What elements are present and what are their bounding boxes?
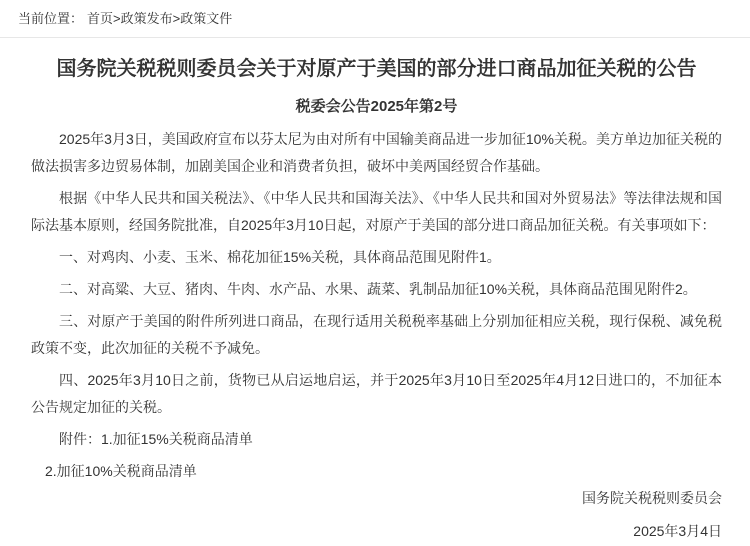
attachment-item-1: 1.加征15%关税商品清单 [101,431,253,447]
paragraph-legal-basis: 根据《中华人民共和国关税法》、《中华人民共和国海关法》、《中华人民共和国对外贸易… [31,185,722,239]
document-number: 税委会公告2025年第2号 [31,96,722,117]
breadcrumb-separator: > [113,11,121,26]
breadcrumb-item-policy-documents: 政策文件 [180,11,232,26]
document-title: 国务院关税税则委员会关于对原产于美国的部分进口商品加征关税的公告 [31,55,722,83]
attachments-label: 附件： [59,431,101,447]
paragraph-item-3: 三、对原产于美国的附件所列进口商品，在现行适用关税税率基础上分别加征相应关税，现… [31,308,722,362]
issue-date: 2025年3月4日 [31,518,722,545]
paragraph-intro: 2025年3月3日，美国政府宣布以芬太尼为由对所有中国输美商品进一步加征10%关… [31,126,722,180]
breadcrumb-item-home[interactable]: 首页 [87,11,113,26]
attachment-item-2: 2.加征10%关税商品清单 [31,458,722,485]
issuer-signature: 国务院关税税则委员会 [31,485,722,512]
document-content: 国务院关税税则委员会关于对原产于美国的部分进口商品加征关税的公告 税委会公告20… [0,55,750,545]
paragraph-item-2: 二、对高粱、大豆、猪肉、牛肉、水产品、水果、蔬菜、乳制品加征10%关税，具体商品… [31,276,722,303]
paragraph-item-1: 一、对鸡肉、小麦、玉米、棉花加征15%关税，具体商品范围见附件1。 [31,244,722,271]
breadcrumb-item-policy-release[interactable]: 政策发布 [121,11,173,26]
policy-document-page: 当前位置：首页>政策发布>政策文件 国务院关税税则委员会关于对原产于美国的部分进… [0,0,750,546]
attachments-line-1: 附件：1.加征15%关税商品清单 [31,426,722,453]
paragraph-item-4: 四、2025年3月10日之前，货物已从启运地启运，并于2025年3月10日至20… [31,367,722,421]
breadcrumb-label: 当前位置： [18,11,83,26]
breadcrumb: 当前位置：首页>政策发布>政策文件 [0,0,750,38]
